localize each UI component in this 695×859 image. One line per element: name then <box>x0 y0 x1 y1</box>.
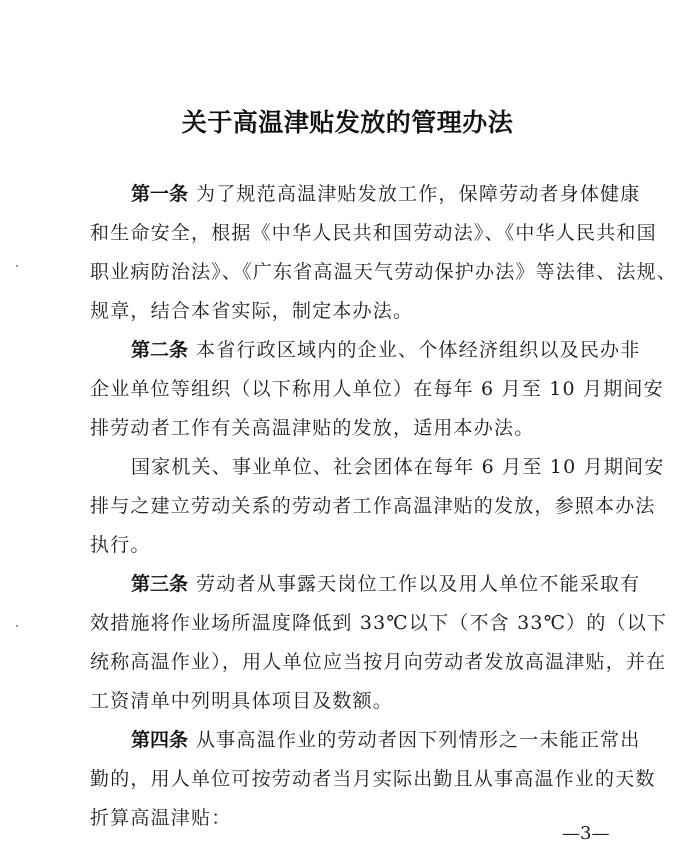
article-3-label: 第三条 <box>131 573 188 595</box>
document-title: 关于高温津贴发放的管理办法 <box>0 103 695 139</box>
page-number: —3— <box>562 823 609 844</box>
article-1-line-1: 第一条为了规范高温津贴发放工作，保障劳动者身体健康 <box>131 179 630 206</box>
article-2-line-3: 排劳动者工作有关高温津贴的发放，适用本办法。 <box>90 413 630 440</box>
article-2-para-2-line-1: 国家机关、事业单位、社会团体在每年 6 月至 10 月期间安 <box>131 452 630 479</box>
article-1-line-3: 职业病防治法》、《广东省高温天气劳动保护办法》等法律、法规、 <box>90 257 630 284</box>
article-4-line-2: 勤的，用人单位可按劳动者当月实际出勤且从事高温作业的天数 <box>90 764 630 791</box>
article-4-line-3: 折算高温津贴： <box>90 803 630 830</box>
article-4-label: 第四条 <box>131 729 188 751</box>
scan-speck <box>16 625 18 627</box>
scan-speck <box>133 585 135 587</box>
article-2-line-1: 第二条本省行政区域内的企业、个体经济组织以及民办非 <box>131 335 630 362</box>
article-3-line-2: 效措施将作业场所温度降低到 33℃以下（不含 33℃）的（以下 <box>90 608 630 635</box>
article-2-para-2-line-3: 执行。 <box>90 530 630 557</box>
article-3-line-4: 工资清单中列明具体项目及数额。 <box>90 686 630 713</box>
article-4-line-1: 第四条从事高温作业的劳动者因下列情形之一未能正常出 <box>131 725 630 752</box>
article-1-label: 第一条 <box>131 183 188 205</box>
article-2-para-2-line-2: 排与之建立劳动关系的劳动者工作高温津贴的发放，参照本办法 <box>90 491 630 518</box>
article-2-label: 第二条 <box>131 339 188 361</box>
article-1-line-4: 规章，结合本省实际，制定本办法。 <box>90 296 630 323</box>
article-3-line-1: 第三条劳动者从事露天岗位工作以及用人单位不能采取有 <box>131 569 630 596</box>
article-3-line-3: 统称高温作业），用人单位应当按月向劳动者发放高温津贴，并在 <box>90 647 630 674</box>
document-page: 关于高温津贴发放的管理办法 第一条为了规范高温津贴发放工作，保障劳动者身体健康 … <box>0 0 695 859</box>
article-2-line-2: 企业单位等组织（以下称用人单位）在每年 6 月至 10 月期间安 <box>90 374 630 401</box>
scan-speck <box>16 265 18 267</box>
article-1-line-2: 和生命安全，根据《中华人民共和国劳动法》、《中华人民共和国 <box>90 218 630 245</box>
